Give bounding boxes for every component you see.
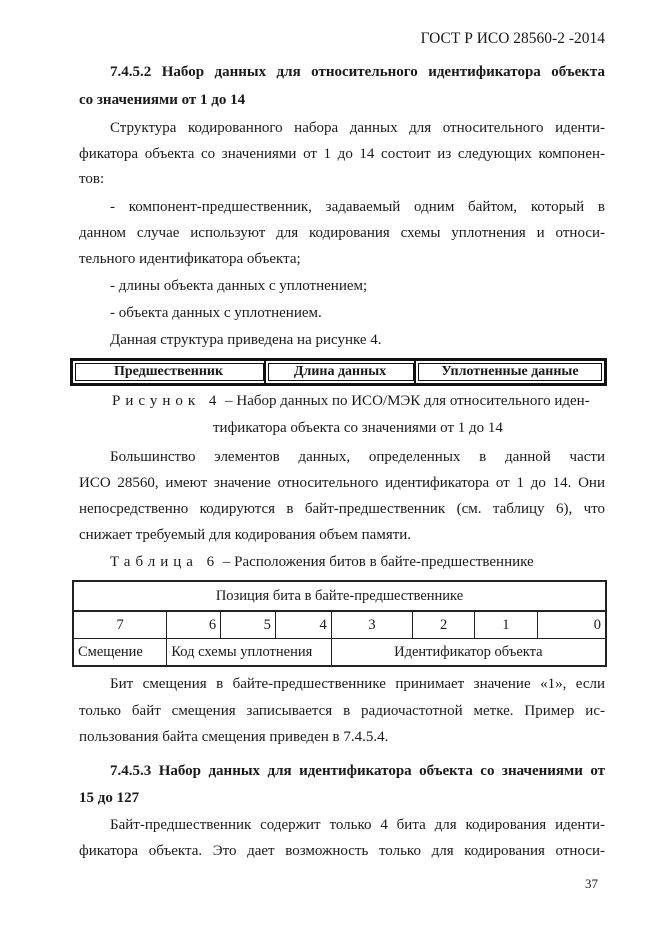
list-item-line: - компонент-предшественник, задаваемый о…	[110, 199, 605, 216]
bit-cell-0: 0	[537, 611, 606, 639]
paragraph-line: фикатора объекта. Это дает возможность т…	[79, 843, 605, 860]
table-row-fields: Смещение Код схемы уплотнения Идентифика…	[73, 639, 606, 667]
paragraph-line: только байт смещения записывается в ради…	[79, 703, 605, 720]
bit-cell-7: 7	[73, 611, 167, 639]
paragraph-line: снижает требуемый для кодирования объем …	[79, 527, 411, 544]
paragraph-line: непосредственно кодируются в байт-предше…	[79, 501, 605, 518]
figure-4-data-structure: Предшественник Длина данных Уплотненные …	[70, 358, 607, 386]
field-offset: Смещение	[73, 639, 167, 667]
bit-cell-1: 1	[475, 611, 538, 639]
figure-cell-predecessor: Предшественник	[73, 361, 266, 383]
paragraph-line: тов:	[79, 171, 104, 188]
bit-cell-2: 2	[413, 611, 475, 639]
paragraph-line: Большинство элементов данных, определенн…	[110, 449, 605, 466]
list-item-line: данном случае используют для кодирования…	[79, 225, 605, 242]
bit-cell-5: 5	[221, 611, 276, 639]
paragraph-line: фикатора объекта со значениями от 1 до 1…	[79, 146, 605, 163]
table-caption-label: Таблица 6	[110, 554, 219, 570]
paragraph: Данная структура приведена на рисунке 4.	[110, 332, 382, 349]
list-item: - длины объекта данных с уплотнением;	[110, 278, 367, 295]
figure-cell-compacted-data: Уплотненные данные	[416, 361, 604, 383]
list-item: - объекта данных с уплотнением.	[110, 305, 322, 322]
page-number: 37	[585, 876, 598, 892]
list-item-line: тельного идентификатора объекта;	[79, 251, 301, 268]
bit-cell-4: 4	[275, 611, 331, 639]
section-heading-7-4-5-2-line2: со значениями от 1 до 14	[79, 92, 245, 109]
paragraph-line: Бит смещения в байте-предшественнике при…	[110, 676, 605, 693]
table-6-bit-positions: Позиция бита в байте-предшественнике 7 6…	[72, 580, 607, 667]
table-caption: Таблица 6 – Расположения битов в байте-п…	[110, 554, 534, 571]
section-heading-7-4-5-3-line1: 7.4.5.3 Набор данных для идентификатора …	[110, 763, 605, 780]
figure-caption-line2: тификатора объекта со значениями от 1 до…	[213, 420, 503, 437]
figure-caption-label: Рисунок 4	[112, 393, 221, 409]
paragraph-line: пользования байта смещения приведен в 7.…	[79, 729, 388, 746]
figure-cell-data-length: Длина данных	[266, 361, 416, 383]
table-caption-text: – Расположения битов в байте-предшествен…	[219, 554, 534, 570]
figure-caption-text: – Набор данных по ИСО/МЭК для относитель…	[221, 393, 589, 409]
field-object-identifier: Идентификатор объекта	[331, 639, 606, 667]
bit-cell-6: 6	[167, 611, 221, 639]
section-heading-7-4-5-2-line1: 7.4.5.2 Набор данных для относительного …	[110, 64, 605, 81]
figure-caption-line1: Рисунок 4 – Набор данных по ИСО/МЭК для …	[112, 393, 590, 410]
table-header-bit-position: Позиция бита в байте-предшественнике	[73, 581, 606, 611]
bit-cell-3: 3	[331, 611, 413, 639]
paragraph-line: Структура кодированного набора данных дл…	[110, 120, 605, 137]
section-heading-7-4-5-3-line2: 15 до 127	[79, 790, 139, 807]
paragraph-line: Байт-предшественник содержит только 4 би…	[110, 817, 605, 834]
field-compaction-scheme-code: Код схемы уплотнения	[167, 639, 331, 667]
paragraph-line: ИСО 28560, имеют значение относительного…	[79, 475, 605, 492]
table-row-bit-numbers: 7 6 5 4 3 2 1 0	[73, 611, 606, 639]
document-code: ГОСТ Р ИСО 28560-2 -2014	[421, 30, 605, 48]
